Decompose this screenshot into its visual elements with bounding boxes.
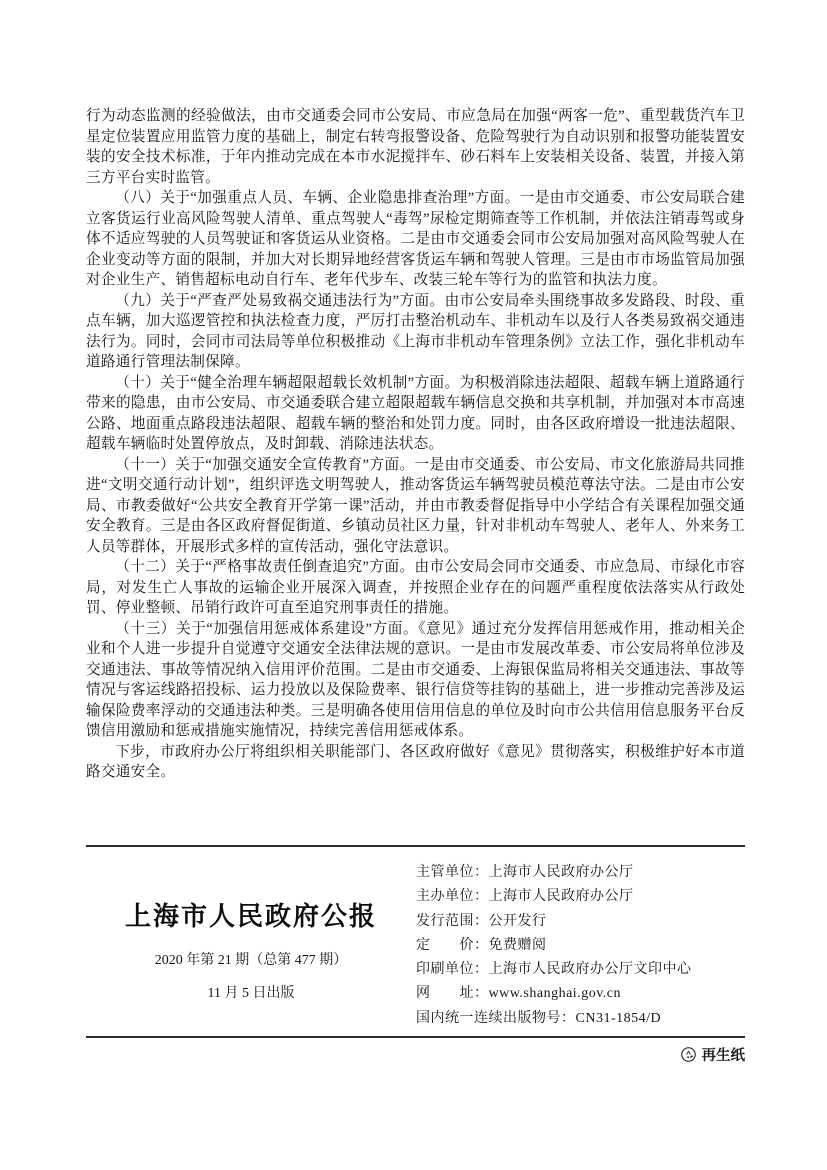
info-label: 定 价： (416, 938, 489, 953)
info-label: 网 址： (416, 986, 489, 1001)
gazette-publish-date: 11 月 5 日出版 (86, 982, 416, 1002)
gazette-issue-line: 2020 年第 21 期（总第 477 期） (86, 949, 416, 969)
info-label: 发行范围： (416, 914, 489, 929)
footer-colophon: 上海市人民政府公报 2020 年第 21 期（总第 477 期） 11 月 5 … (86, 852, 745, 1031)
body-paragraph-item-9: （九）关于“严查严处易致祸交通违法行为”方面。由市公安局牵头围绕事故多发路段、时… (86, 291, 745, 373)
info-row-distribution: 发行范围：公开发行 (416, 910, 745, 934)
info-value: 公开发行 (489, 914, 547, 929)
footer-divider-top (86, 845, 745, 847)
info-value: 上海市人民政府办公厅 (489, 889, 634, 904)
body-paragraph-item-13: （十三）关于“加强信用惩戒体系建设”方面。《意见》通过充分发挥信用惩戒作用，推动… (86, 619, 745, 742)
info-row-price: 定 价：免费赠阅 (416, 934, 745, 958)
info-label: 主办单位： (416, 889, 489, 904)
body-paragraph-continuation: 行为动态监测的经验做法，由市交通委会同市公安局、市应急局在加强“两客一危”、重型… (86, 106, 745, 188)
info-row-organizer: 主办单位：上海市人民政府办公厅 (416, 885, 745, 909)
info-row-printer: 印刷单位：上海市人民政府办公厅文印中心 (416, 958, 745, 982)
body-paragraph-closing: 下步，市政府办公厅将组织相关职能部门、各区政府做好《意见》贯彻落实，积极维护好本… (86, 742, 745, 783)
info-row-website: 网 址：www.shanghai.gov.cn (416, 982, 745, 1006)
body-paragraph-item-10: （十）关于“健全治理车辆超限超载长效机制”方面。为积极消除违法超限、超载车辆上道… (86, 373, 745, 455)
info-value: 免费赠阅 (489, 938, 547, 953)
info-label: 主管单位： (416, 865, 489, 880)
body-paragraph-item-8: （八）关于“加强重点人员、车辆、企业隐患排查治理”方面。一是由市交通委、市公安局… (86, 188, 745, 291)
website-url: www.shanghai.gov.cn (489, 986, 622, 1001)
gazette-masthead: 上海市人民政府公报 2020 年第 21 期（总第 477 期） 11 月 5 … (86, 852, 416, 1031)
document-body: 行为动态监测的经验做法，由市交通委会同市公安局、市应急局在加强“两客一危”、重型… (86, 106, 745, 783)
info-row-supervisor: 主管单位：上海市人民政府办公厅 (416, 861, 745, 885)
body-paragraph-item-12: （十二）关于“严格事故责任倒查追究”方面。由市公安局会同市交通委、市应急局、市绿… (86, 557, 745, 619)
gazette-page: 行为动态监测的经验做法，由市交通委会同市公安局、市应急局在加强“两客一危”、重型… (0, 0, 827, 1170)
info-label: 国内统一连续出版物号： (416, 1011, 576, 1026)
recycle-icon (681, 1047, 696, 1062)
info-row-issn: 国内统一连续出版物号：CN31-1854/D (416, 1007, 745, 1031)
gazette-title: 上海市人民政府公报 (86, 896, 416, 933)
recycled-paper-label: 再生纸 (702, 1044, 746, 1065)
info-value: 上海市人民政府办公厅 (489, 865, 634, 880)
info-value: CN31-1854/D (576, 1011, 662, 1026)
footer-divider-bottom (86, 1036, 745, 1038)
publication-info-list: 主管单位：上海市人民政府办公厅 主办单位：上海市人民政府办公厅 发行范围：公开发… (416, 852, 745, 1031)
info-value: 上海市人民政府办公厅文印中心 (489, 962, 692, 977)
info-label: 印刷单位： (416, 962, 489, 977)
body-paragraph-item-11: （十一）关于“加强交通安全宣传教育”方面。一是由市交通委、市公安局、市文化旅游局… (86, 455, 745, 558)
recycled-paper-mark: 再生纸 (681, 1044, 746, 1065)
